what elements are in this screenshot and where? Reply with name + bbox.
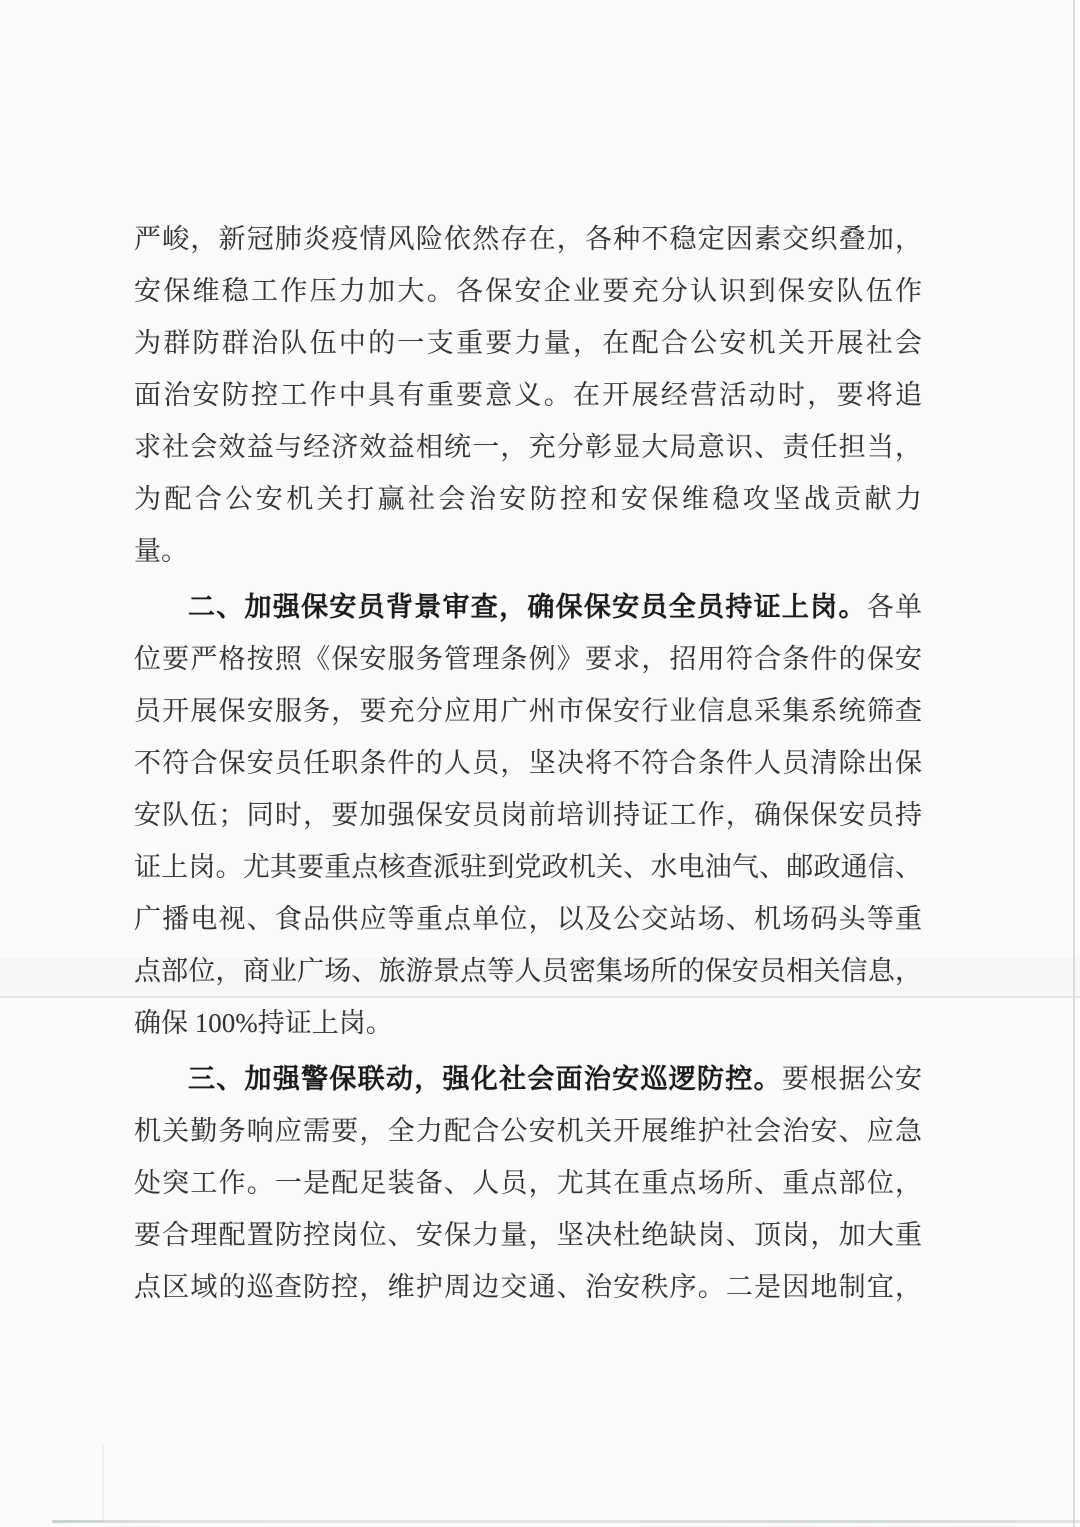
body-text: 不符合保安员任职条件的人员，坚决将不符合条件人员清除出保 — [134, 748, 922, 778]
document-line: 位要严格按照《保安服务管理条例》要求，招用符合条件的保安 — [134, 633, 922, 685]
body-text: 各单 — [867, 592, 922, 622]
document-body: 严峻，新冠肺炎疫情风险依然存在，各种不稳定因素交织叠加，安保维稳工作压力加大。各… — [134, 213, 922, 1313]
document-line: 面治安防控工作中具有重要意义。在开展经营活动时，要将追 — [134, 369, 922, 421]
document-line: 广播电视、食品供应等重点单位，以及公交站场、机场码头等重 — [134, 893, 922, 945]
body-text: 求社会效益与经济效益相统一，充分彰显大局意识、责任担当， — [134, 432, 922, 462]
body-text: 证上岗。尤其要重点核查派驻到党政机关、水电油气、邮政通信、 — [134, 852, 922, 882]
document-line: 为配合公安机关打赢社会治安防控和安保维稳攻坚战贡献力 — [134, 473, 922, 525]
document-line: 安保维稳工作压力加大。各保安企业要充分认识到保安队伍作 — [134, 265, 922, 317]
body-text: 为群防群治队伍中的一支重要力量，在配合公安机关开展社会 — [134, 328, 922, 358]
document-line: 要合理配置防控岗位、安保力量，坚决杜绝缺岗、顶岗，加大重 — [134, 1209, 922, 1261]
document-line: 量。 — [134, 525, 922, 577]
scanned-document-page: 严峻，新冠肺炎疫情风险依然存在，各种不稳定因素交织叠加，安保维稳工作压力加大。各… — [0, 0, 1080, 1527]
body-text: 安保维稳工作压力加大。各保安企业要充分认识到保安队伍作 — [134, 276, 922, 306]
body-text: 严峻，新冠肺炎疫情风险依然存在，各种不稳定因素交织叠加， — [134, 224, 922, 254]
body-text: 确保 100%持证上岗。 — [134, 1008, 393, 1038]
body-text: 要合理配置防控岗位、安保力量，坚决杜绝缺岗、顶岗，加大重 — [134, 1220, 922, 1250]
section-heading-text: 二、加强保安员背景审查，确保保安员全员持证上岗。 — [188, 592, 867, 622]
scan-horizontal-line — [0, 996, 1080, 998]
document-line: 严峻，新冠肺炎疫情风险依然存在，各种不稳定因素交织叠加， — [134, 213, 922, 265]
body-text: 位要严格按照《保安服务管理条例》要求，招用符合条件的保安 — [134, 644, 922, 674]
document-line: 安队伍；同时，要加强保安员岗前培训持证工作，确保保安员持 — [134, 789, 922, 841]
scan-smudge — [102, 1444, 104, 1522]
scan-streak-band — [0, 958, 1080, 997]
scan-right-edge-line — [1073, 0, 1075, 1527]
body-text: 面治安防控工作中具有重要意义。在开展经营活动时，要将追 — [134, 380, 922, 410]
document-line: 员开展保安服务，要充分应用广州市保安行业信息采集系统筛查 — [134, 685, 922, 737]
document-line: 确保 100%持证上岗。 — [134, 997, 922, 1049]
body-text: 机关勤务响应需要，全力配合公安机关开展维护社会治安、应急 — [134, 1116, 922, 1146]
document-line: 点区域的巡查防控，维护周边交通、治安秩序。二是因地制宜， — [134, 1261, 922, 1313]
document-line: 机关勤务响应需要，全力配合公安机关开展维护社会治安、应急 — [134, 1105, 922, 1157]
scan-bottom-edge-line — [52, 1520, 1080, 1523]
body-text: 广播电视、食品供应等重点单位，以及公交站场、机场码头等重 — [134, 904, 922, 934]
body-text: 为配合公安机关打赢社会治安防控和安保维稳攻坚战贡献力 — [134, 484, 922, 514]
body-text: 安队伍；同时，要加强保安员岗前培训持证工作，确保保安员持 — [134, 800, 922, 830]
body-text: 员开展保安服务，要充分应用广州市保安行业信息采集系统筛查 — [134, 696, 922, 726]
document-line: 三、加强警保联动，强化社会面治安巡逻防控。要根据公安 — [134, 1053, 922, 1105]
document-line: 二、加强保安员背景审查，确保保安员全员持证上岗。各单 — [134, 581, 922, 633]
document-line: 不符合保安员任职条件的人员，坚决将不符合条件人员清除出保 — [134, 737, 922, 789]
body-text: 处突工作。一是配足装备、人员，尤其在重点场所、重点部位， — [134, 1168, 922, 1198]
document-line: 处突工作。一是配足装备、人员，尤其在重点场所、重点部位， — [134, 1157, 922, 1209]
paragraph: 三、加强警保联动，强化社会面治安巡逻防控。要根据公安机关勤务响应需要，全力配合公… — [134, 1053, 922, 1313]
document-line: 证上岗。尤其要重点核查派驻到党政机关、水电油气、邮政通信、 — [134, 841, 922, 893]
body-text: 要根据公安 — [782, 1064, 922, 1094]
section-heading-text: 三、加强警保联动，强化社会面治安巡逻防控。 — [188, 1064, 782, 1094]
document-line: 求社会效益与经济效益相统一，充分彰显大局意识、责任担当， — [134, 421, 922, 473]
body-text: 点区域的巡查防控，维护周边交通、治安秩序。二是因地制宜， — [134, 1272, 922, 1302]
document-line: 为群防群治队伍中的一支重要力量，在配合公安机关开展社会 — [134, 317, 922, 369]
body-text: 量。 — [134, 536, 188, 566]
paragraph: 严峻，新冠肺炎疫情风险依然存在，各种不稳定因素交织叠加，安保维稳工作压力加大。各… — [134, 213, 922, 577]
